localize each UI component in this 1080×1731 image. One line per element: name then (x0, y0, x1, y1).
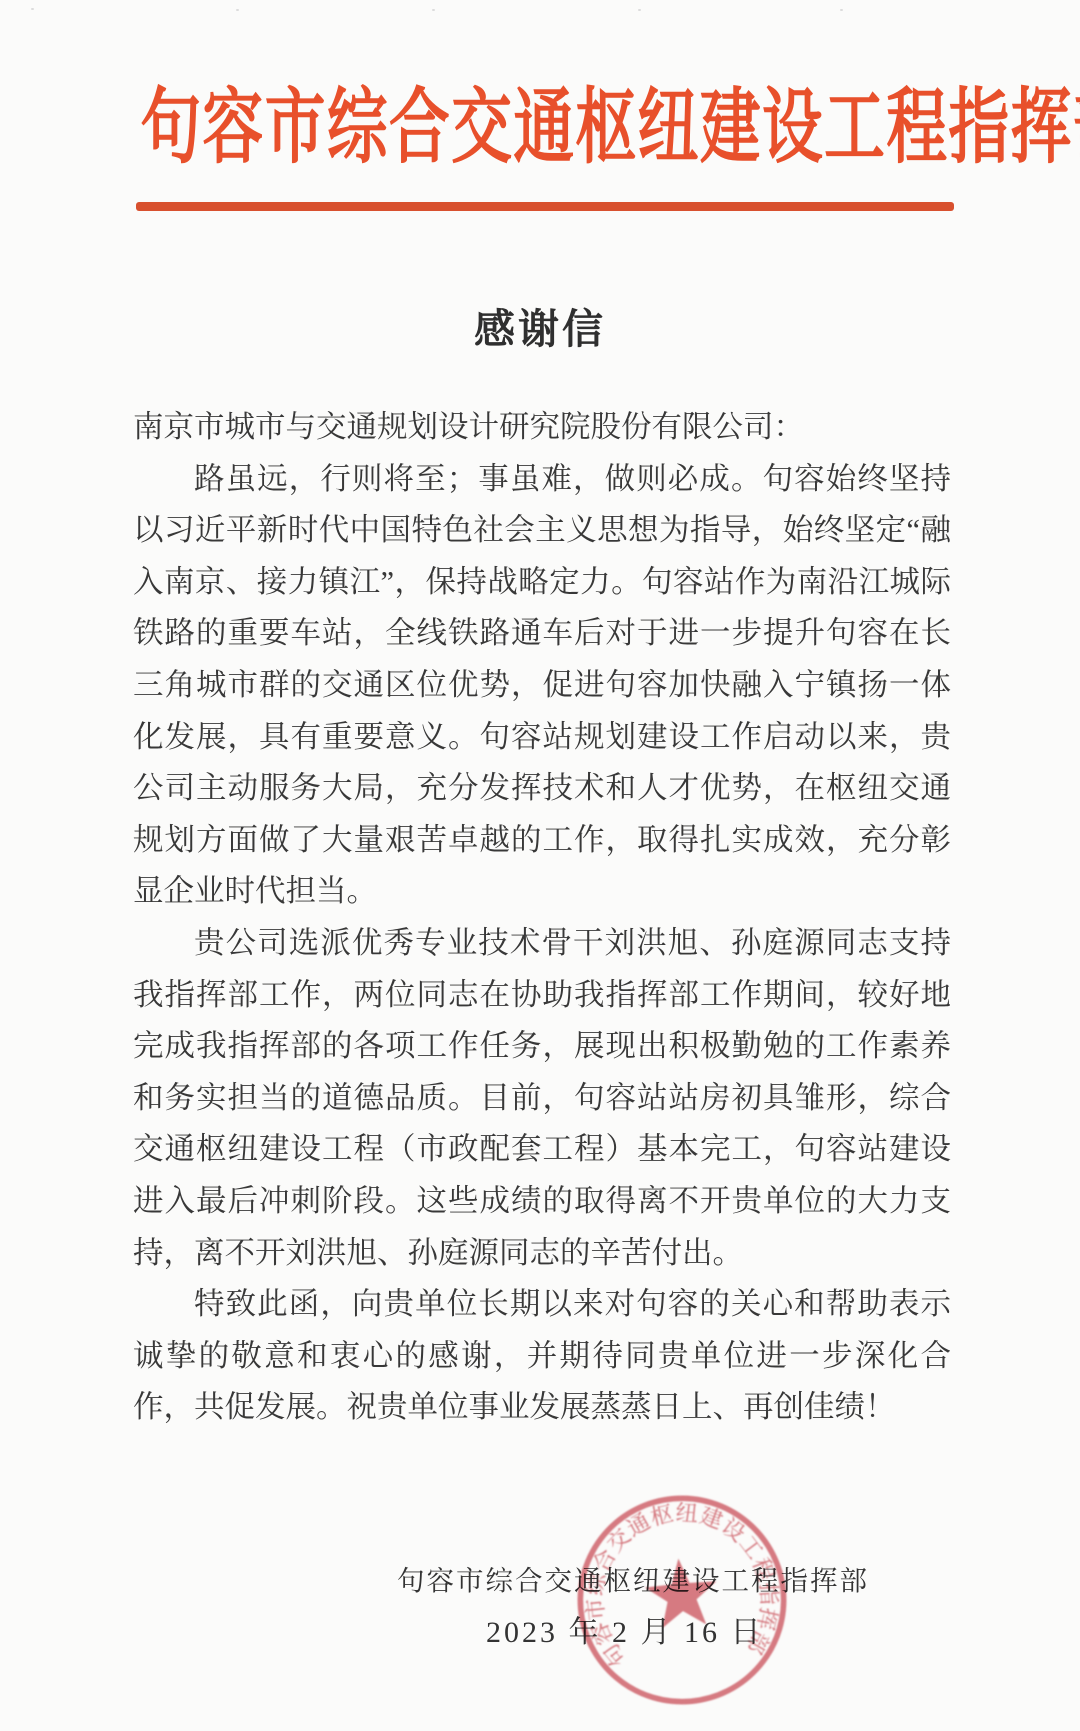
scan-speck (638, 9, 641, 11)
salutation: 南京市城市与交通规划设计研究院股份有限公司： (133, 402, 951, 454)
scan-speck (31, 8, 34, 10)
document-title: 感谢信 (0, 296, 1080, 355)
seal-star (643, 1555, 720, 1629)
scan-speck (840, 9, 843, 11)
letter-page: 句容市综合交通枢纽建设工程指挥部 感谢信 南京市城市与交通规划设计研究院股份有限… (0, 0, 1080, 1731)
letterhead-title: 句容市综合交通枢纽建设工程指挥部 (140, 80, 939, 176)
official-seal-stamp: 句容市综合交通枢纽建设工程指挥部 (550, 1468, 814, 1731)
paragraph-2: 贵公司选派优秀专业技术骨干刘洪旭、孙庭源同志支持我指挥部工作，两位同志在协助我指… (133, 918, 951, 1279)
paragraph-3: 特致此函，向贵单位长期以来对句容的关心和帮助表示诚挚的敬意和衷心的感谢，并期待同… (133, 1279, 951, 1434)
letterhead-rule (136, 202, 954, 211)
scan-speck (432, 9, 435, 11)
paragraph-1: 路虽远，行则将至；事虽难，做则必成。句容始终坚持以习近平新时代中国特色社会主义思… (133, 454, 951, 918)
scan-speck (236, 9, 239, 11)
letter-body: 南京市城市与交通规划设计研究院股份有限公司： 路虽远，行则将至；事虽难，做则必成… (133, 402, 951, 1434)
